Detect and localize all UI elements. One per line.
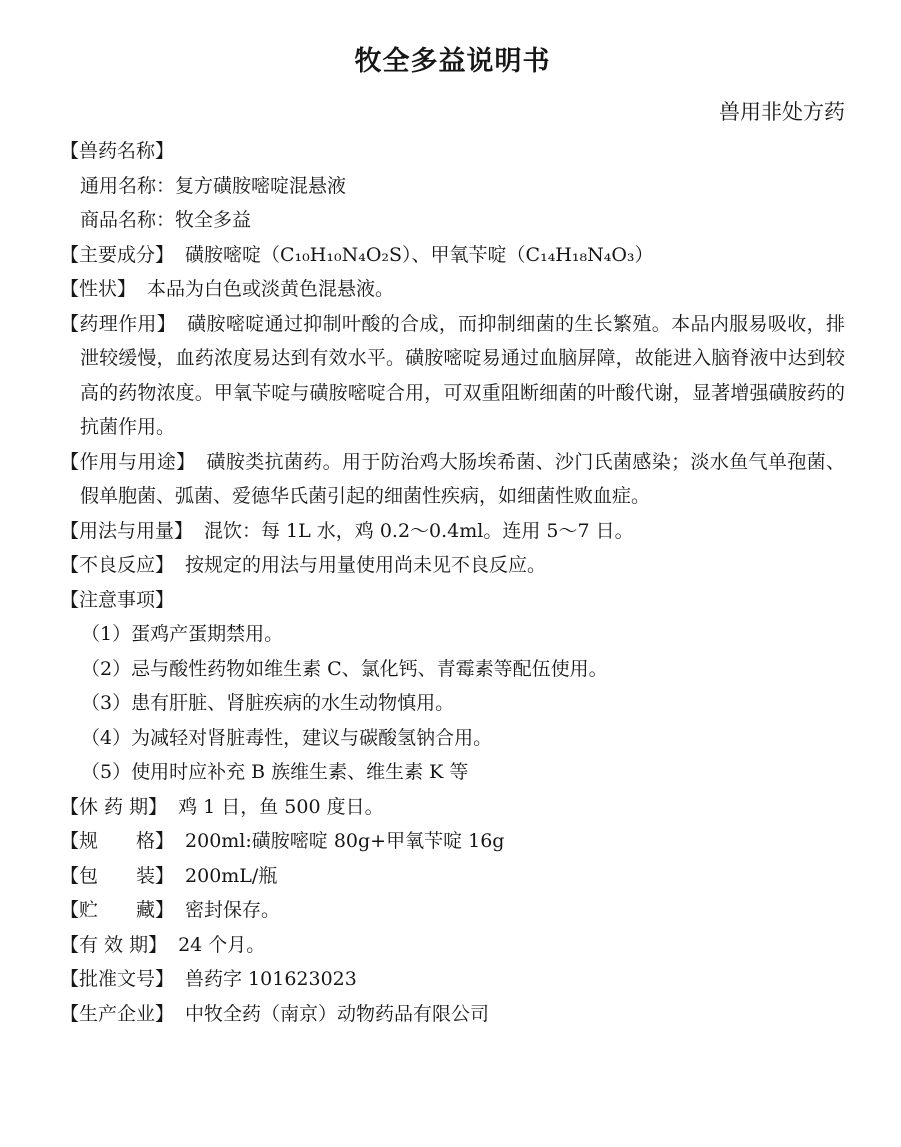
withdrawal-period-label: 【休 药 期】 [60,796,167,818]
approval-number: 【批准文号】兽药字 101623023 [60,962,845,997]
approval-number-label: 【批准文号】 [60,968,174,990]
manufacturer: 【生产企业】中牧全药（南京）动物药品有限公司 [60,997,845,1032]
indications-label: 【作用与用途】 [60,451,196,473]
withdrawal-period: 【休 药 期】鸡 1 日，鱼 500 度日。 [60,790,845,825]
precautions: 【注意事项】 [60,583,845,618]
adverse-reactions-label: 【不良反应】 [60,554,174,576]
properties-label: 【性状】 [60,278,136,300]
packaging: 【包 装】200mL/瓶 [60,859,845,894]
precautions-label: 【注意事项】 [60,589,174,611]
precaution-3: （3）患有肝脏、肾脏疾病的水生动物慎用。 [60,686,845,721]
approval-number-text: 兽药字 101623023 [185,968,357,990]
document-body: 【兽药名称】通用名称：复方磺胺嘧啶混悬液商品名称：牧全多益【主要成分】磺胺嘧啶（… [60,134,845,1031]
precaution-1-text: （1）蛋鸡产蛋期禁用。 [81,623,283,645]
precaution-2-text: （2）忌与酸性药物如维生素 C、氯化钙、青霉素等配伍使用。 [81,658,608,680]
pharmacology-label: 【药理作用】 [60,313,176,335]
specification-text: 200ml:磺胺嘧啶 80g+甲氧苄啶 16g [185,830,504,852]
main-ingredients-text: 磺胺嘧啶（C₁₀H₁₀N₄O₂S）、甲氧苄啶（C₁₄H₁₈N₄O₃） [185,244,654,266]
shelf-life: 【有 效 期】24 个月。 [60,928,845,963]
specification: 【规 格】200ml:磺胺嘧啶 80g+甲氧苄啶 16g [60,824,845,859]
precaution-5-text: （5）使用时应补充 B 族维生素、维生素 K 等 [81,761,468,783]
pharmacology: 【药理作用】磺胺嘧啶通过抑制叶酸的合成，而抑制细菌的生长繁殖。本品内服易吸收，排… [60,307,845,445]
main-ingredients-label: 【主要成分】 [60,244,174,266]
document-title: 牧全多益说明书 [60,42,845,82]
generic-name: 通用名称：复方磺胺嘧啶混悬液 [60,169,845,204]
storage: 【贮 藏】密封保存。 [60,893,845,928]
precaution-4: （4）为减轻对肾脏毒性，建议与碳酸氢钠合用。 [60,721,845,756]
specification-label: 【规 格】 [60,830,174,852]
manufacturer-text: 中牧全药（南京）动物药品有限公司 [185,1003,489,1025]
otc-classification-label: 兽用非处方药 [60,98,845,126]
precaution-4-text: （4）为减轻对肾脏毒性，建议与碳酸氢钠合用。 [81,727,492,749]
precaution-1: （1）蛋鸡产蛋期禁用。 [60,617,845,652]
shelf-life-label: 【有 效 期】 [60,934,167,956]
trade-name: 商品名称：牧全多益 [60,203,845,238]
veterinary-drug-name-label: 【兽药名称】 [60,140,174,162]
main-ingredients: 【主要成分】磺胺嘧啶（C₁₀H₁₀N₄O₂S）、甲氧苄啶（C₁₄H₁₈N₄O₃） [60,238,845,273]
trade-name-text: 商品名称：牧全多益 [80,209,251,231]
indications: 【作用与用途】磺胺类抗菌药。用于防治鸡大肠埃希菌、沙门氏菌感染；淡水鱼气单孢菌、… [60,445,845,514]
storage-text: 密封保存。 [185,899,280,921]
precaution-2: （2）忌与酸性药物如维生素 C、氯化钙、青霉素等配伍使用。 [60,652,845,687]
adverse-reactions: 【不良反应】按规定的用法与用量使用尚未见不良反应。 [60,548,845,583]
packaging-text: 200mL/瓶 [185,865,277,887]
manufacturer-label: 【生产企业】 [60,1003,174,1025]
precaution-5: （5）使用时应补充 B 族维生素、维生素 K 等 [60,755,845,790]
dosage-and-administration: 【用法与用量】混饮：每 1L 水，鸡 0.2～0.4ml。连用 5～7 日。 [60,514,845,549]
precaution-3-text: （3）患有肝脏、肾脏疾病的水生动物慎用。 [81,692,454,714]
veterinary-drug-name: 【兽药名称】 [60,134,845,169]
properties: 【性状】本品为白色或淡黄色混悬液。 [60,272,845,307]
dosage-and-administration-label: 【用法与用量】 [60,520,193,542]
adverse-reactions-text: 按规定的用法与用量使用尚未见不良反应。 [185,554,546,576]
packaging-label: 【包 装】 [60,865,174,887]
pharmacology-text: 磺胺嘧啶通过抑制叶酸的合成，而抑制细菌的生长繁殖。本品内服易吸收，排泄较缓慢，血… [80,313,845,439]
properties-text: 本品为白色或淡黄色混悬液。 [147,278,394,300]
dosage-and-administration-text: 混饮：每 1L 水，鸡 0.2～0.4ml。连用 5～7 日。 [204,520,634,542]
withdrawal-period-text: 鸡 1 日，鱼 500 度日。 [178,796,384,818]
storage-label: 【贮 藏】 [60,899,174,921]
generic-name-text: 通用名称：复方磺胺嘧啶混悬液 [80,175,346,197]
shelf-life-text: 24 个月。 [178,934,265,956]
document-page: 牧全多益说明书 兽用非处方药 【兽药名称】通用名称：复方磺胺嘧啶混悬液商品名称：… [0,0,901,1147]
